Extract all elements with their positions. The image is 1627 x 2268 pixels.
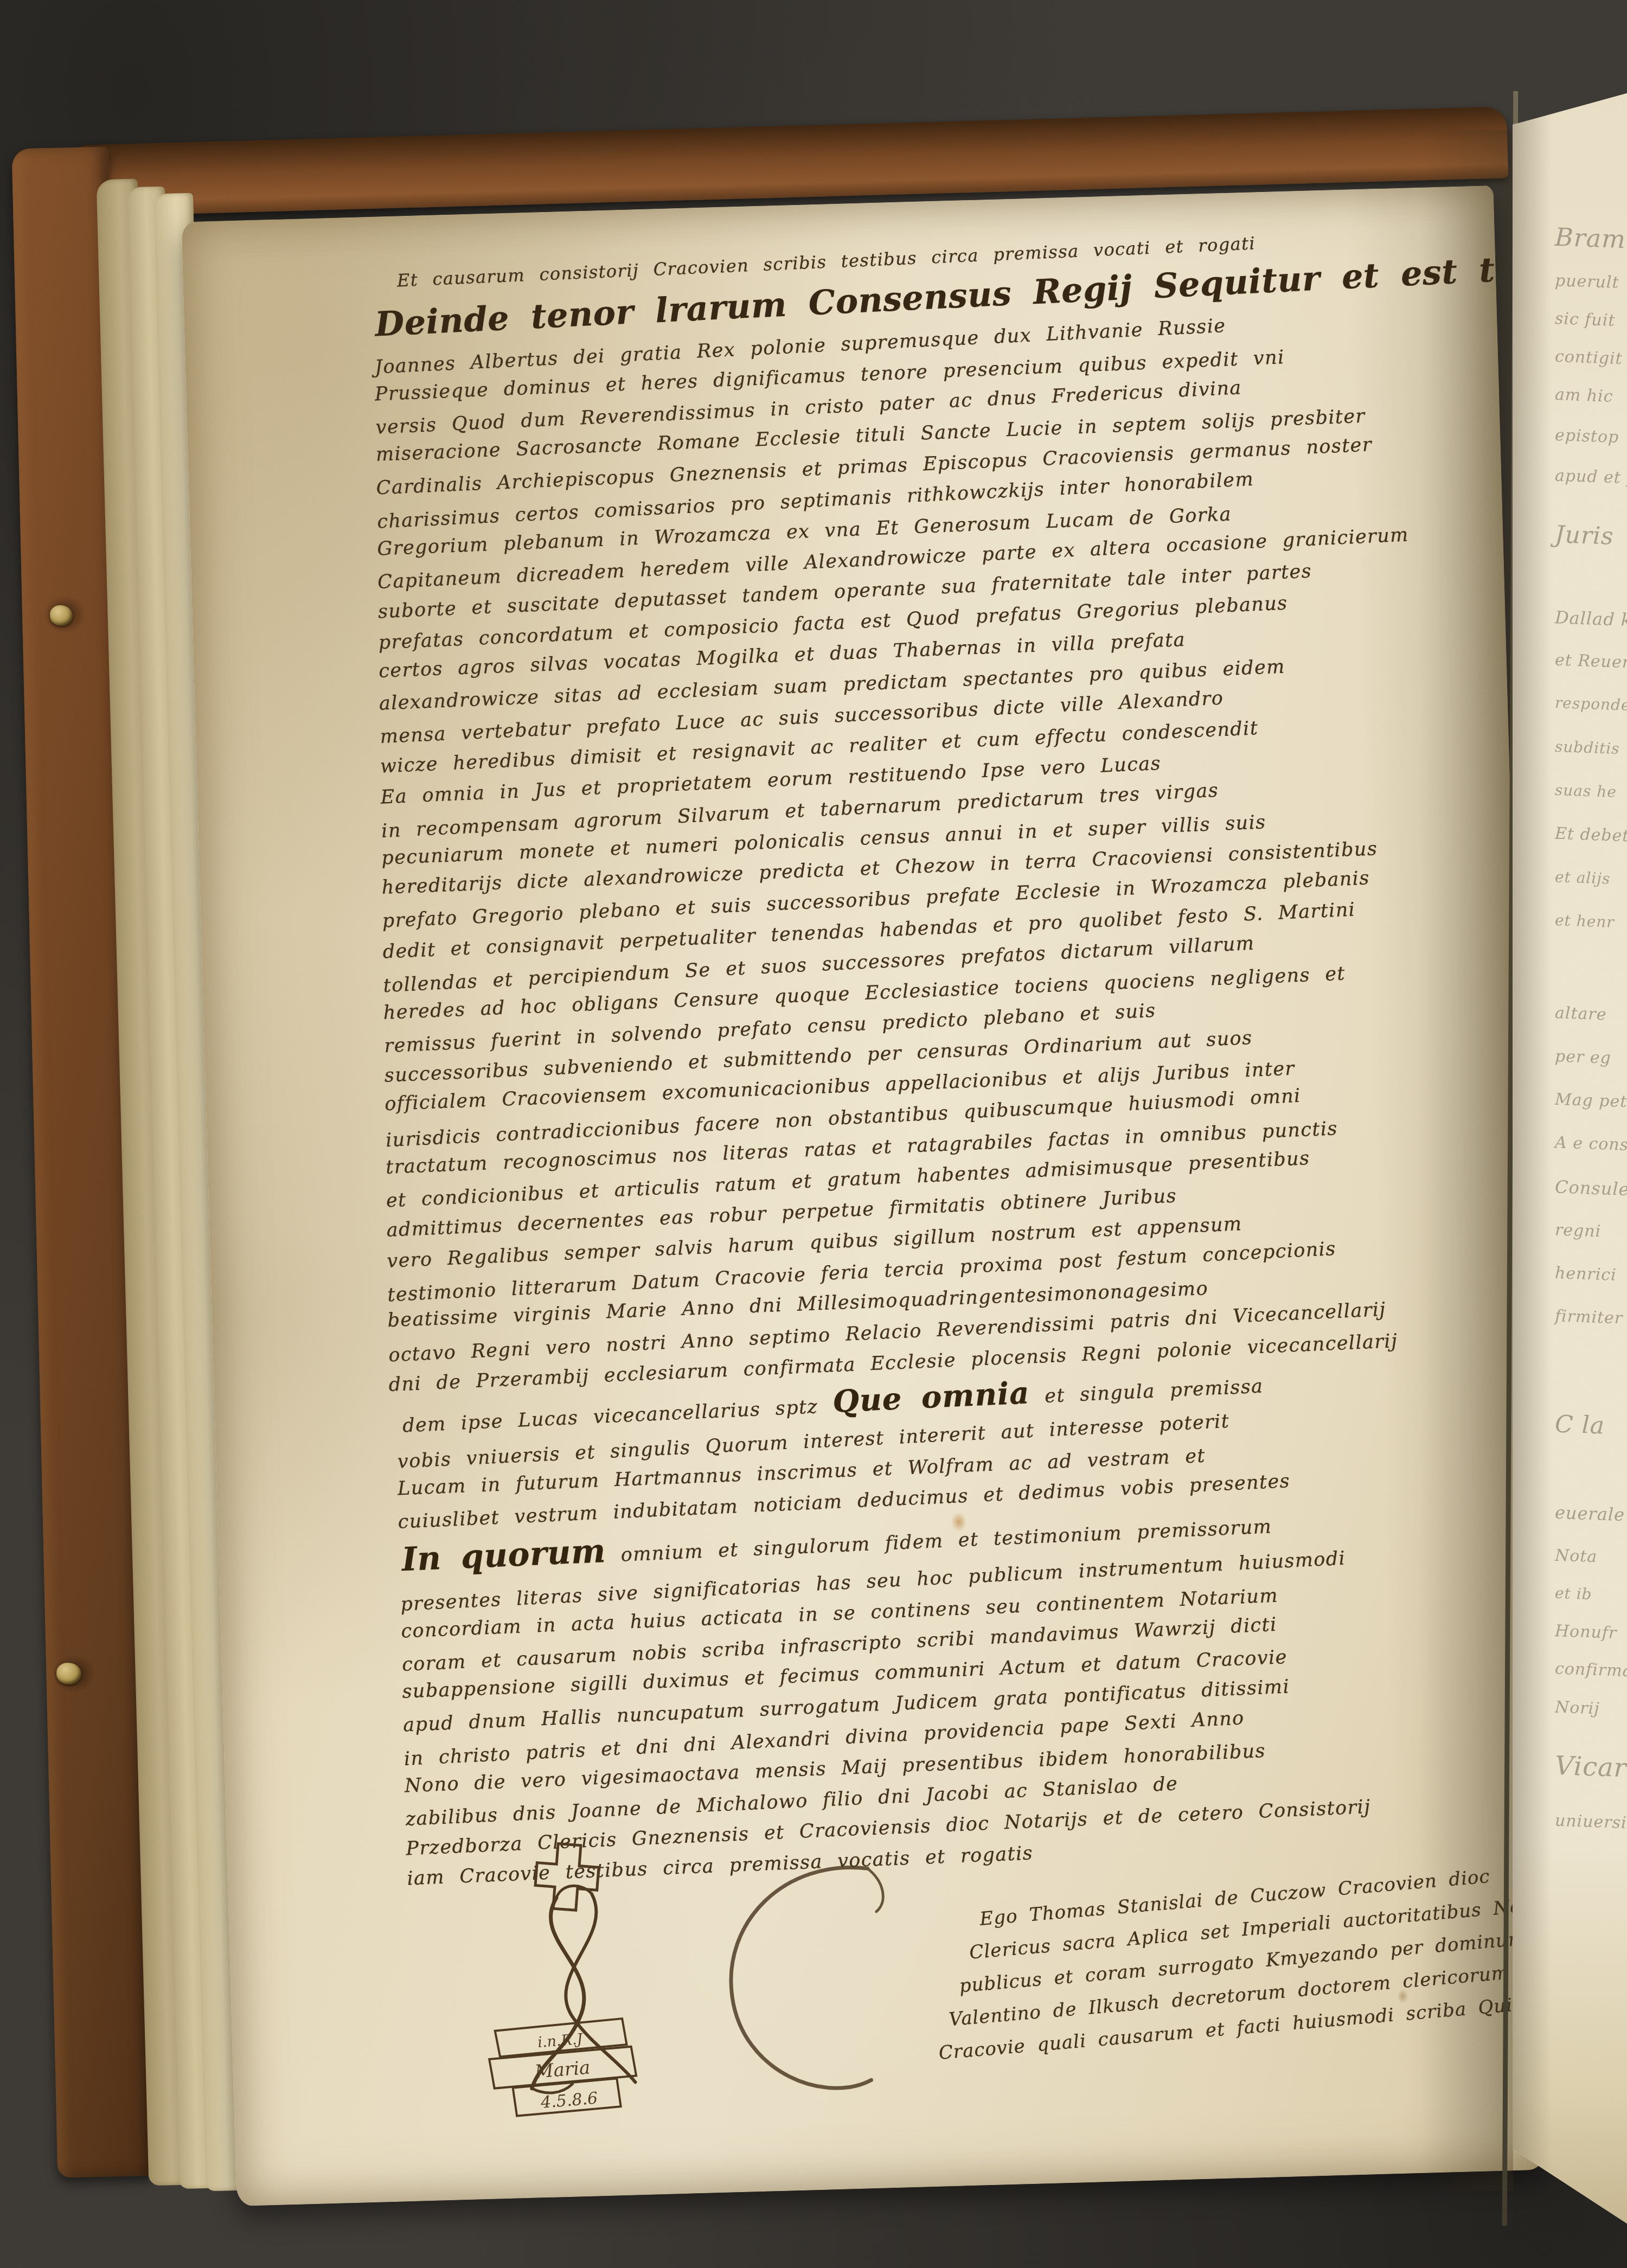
next-page-text-fragment: Consulet [1554,1176,1627,1200]
next-page-text-fragment: Et debet [1554,824,1627,846]
next-page-text-fragment: Juris [1554,521,1614,550]
next-page-text-fragment: Mag pet [1554,1090,1627,1112]
text-block: Et causarum consistorij Cracovien scribi… [362,219,1538,1894]
next-page-text-fragment: epistop [1554,426,1619,447]
next-page-text-fragment: et alijs [1554,868,1610,888]
in-quorum-large-words: In quorum [401,1532,606,1579]
notary-cross [534,1842,600,1912]
next-page-text-fragment: et henr [1554,911,1615,931]
body-lines: Joannes Albertus dei gratia Rex polonie … [365,302,1516,1400]
next-page-text-fragment: A e conse [1554,1133,1627,1155]
next-page-text-fragment: respondeat [1554,694,1627,715]
signature-flourish [704,1852,891,2112]
flourish-stroke [728,1867,874,2091]
notary-monogram-stroke [556,1885,592,1898]
next-page-text-fragment: confirmat [1554,1659,1627,1681]
brass-pin-bottom [56,1663,81,1684]
flourish-stroke [868,1868,883,1912]
que-omnia-large-words: Que omnia [832,1375,1030,1420]
manuscript-page: Et causarum consistorij Cracovien scribi… [181,185,1548,2206]
next-page-text-fragment: Nota [1554,1546,1597,1567]
notary-monogram-stroke [563,1893,635,2084]
next-page-text-fragment: Norij [1554,1698,1600,1719]
notary-mark: i.n.R.J Maria 4.5.8.6 [473,1836,665,2123]
next-page-text-fragment: et Reuer [1554,651,1627,672]
text-segment: et singula premissa [1044,1375,1264,1407]
next-page-text-fragment: suas he [1554,781,1617,801]
next-page-text-fragment: et ib [1554,1584,1592,1603]
next-page-text-fragment: apud et f [1554,466,1627,488]
next-page-text-fragment: subditis [1554,738,1620,758]
next-page-text-fragment: C la [1554,1410,1605,1439]
next-page-text-fragment: altare [1554,1003,1607,1024]
next-page-text-fragment: Vicarij ad [1554,1751,1627,1785]
next-page-edge: Brampuerultsic fuitcontigitam hicepistop… [1513,93,1627,2224]
next-page-text-fragment: uniuersit [1554,1811,1627,1833]
banner-text-maria: Maria [533,2057,591,2083]
next-page-text-fragment: Bram [1554,222,1626,254]
next-page-text-fragment: contigit [1554,347,1623,368]
photo-stage: Et causarum consistorij Cracovien scribi… [0,0,1627,2268]
next-page-text-fragment: euerale [1554,1502,1625,1525]
next-page-text-fragment: henrici [1554,1264,1617,1285]
brass-pin-top [50,605,73,626]
next-page-text-fragment: firmiter A [1554,1306,1627,1329]
closing-lines: presentes literas sive significatorias h… [419,1537,1536,1863]
next-page-text-fragment: am hic [1554,385,1613,406]
next-page-text-fragment: regni [1554,1221,1601,1241]
next-page-text-fragment: sic fuit [1554,309,1616,330]
banner-text-inri: i.n.R.J [537,2030,584,2051]
next-page-text-fragment: per eg [1554,1047,1611,1068]
next-page-text-fragment: Dallad ki [1554,607,1627,630]
gutter-shadow [1421,130,1513,2191]
next-page-text-fragment: puerult [1554,271,1619,292]
next-page-text-fragment: Honufr [1554,1622,1617,1643]
